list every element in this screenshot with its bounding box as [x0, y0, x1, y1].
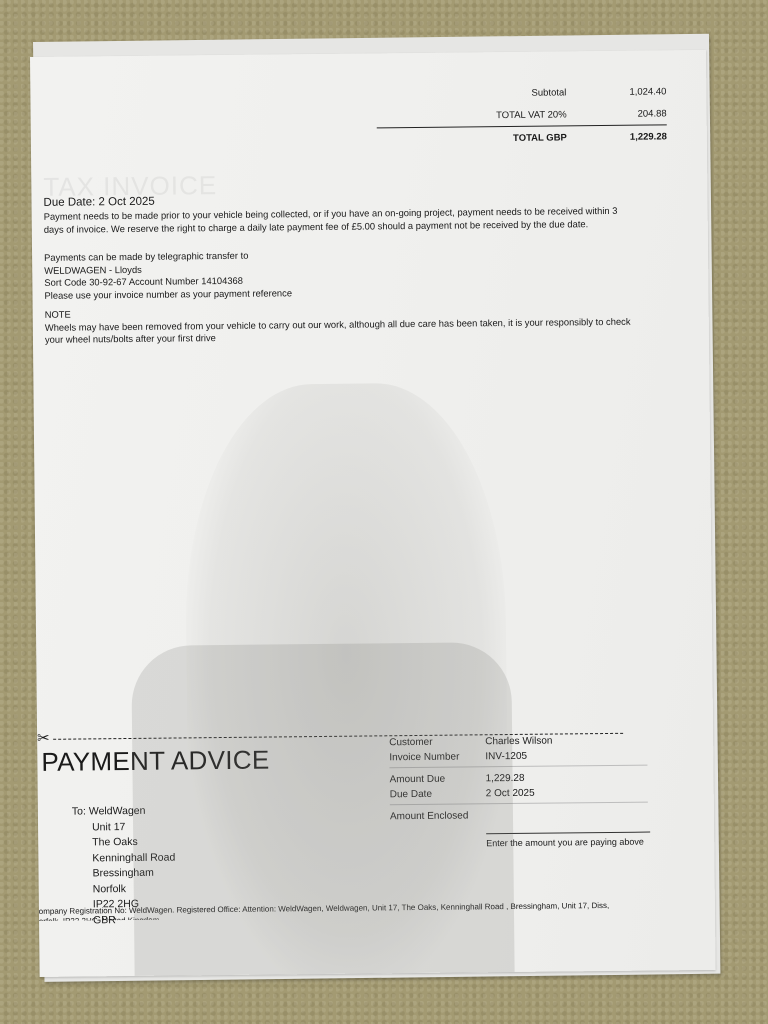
vat-row: TOTAL VAT 20% 204.88 — [367, 102, 667, 127]
subtotal-value: 1,024.40 — [606, 86, 666, 98]
payment-advice-title: PAYMENT ADVICE — [41, 745, 269, 778]
amount-enclosed-label: Amount Enclosed — [390, 810, 486, 822]
address-line: Kenninghall Road — [72, 850, 175, 867]
amount-due-value: 1,229.28 — [486, 773, 525, 784]
amount-due-label: Amount Due — [390, 773, 486, 785]
subtotal-row: Subtotal 1,024.40 — [366, 80, 666, 105]
address-line: Bressingham — [72, 866, 175, 883]
due-date-value: 2 Oct 2025 — [486, 788, 535, 800]
invoice-number-label: Invoice Number — [389, 751, 485, 763]
payment-terms-text: Payment needs to be made prior to your v… — [44, 205, 634, 236]
address-line: Unit 17 — [72, 819, 175, 836]
scissors-icon: ✂ — [37, 730, 51, 747]
totals-block: Subtotal 1,024.40 TOTAL VAT 20% 204.88 T… — [366, 80, 667, 150]
summary-divider — [390, 802, 648, 806]
subtotal-label: Subtotal — [386, 86, 606, 99]
total-value: 1,229.28 — [607, 131, 667, 143]
total-label: TOTAL GBP — [387, 131, 607, 144]
to-label: To: — [72, 805, 86, 817]
address-line: Norfolk — [73, 881, 176, 898]
invoice-page: TAX INVOICE Subtotal 1,024.40 TOTAL VAT … — [30, 50, 716, 977]
due-date-label: Due Date — [390, 788, 486, 800]
amount-enclosed-hint: Enter the amount you are paying above — [486, 837, 648, 849]
note-block: NOTE Wheels may have been removed from y… — [45, 303, 635, 347]
due-date-heading: Due Date: 2 Oct 2025 — [43, 196, 154, 209]
summary-divider — [389, 765, 647, 769]
vat-label: TOTAL VAT 20% — [387, 108, 607, 121]
total-row: TOTAL GBP 1,229.28 — [367, 125, 667, 150]
customer-label: Customer — [389, 736, 485, 748]
vat-value: 204.88 — [607, 108, 667, 120]
customer-value: Charles Wilson — [485, 736, 552, 748]
address-line: The Oaks — [72, 835, 175, 852]
payment-summary: CustomerCharles Wilson Invoice NumberINV… — [389, 733, 648, 850]
address-line-company: WeldWagen — [89, 805, 146, 818]
payment-instructions: Payments can be made by telegraphic tran… — [44, 246, 634, 302]
invoice-number-value: INV-1205 — [485, 751, 527, 762]
amount-enclosed-line — [486, 832, 650, 835]
note-text: Wheels may have been removed from your v… — [45, 315, 635, 346]
phone-shadow — [183, 382, 509, 977]
